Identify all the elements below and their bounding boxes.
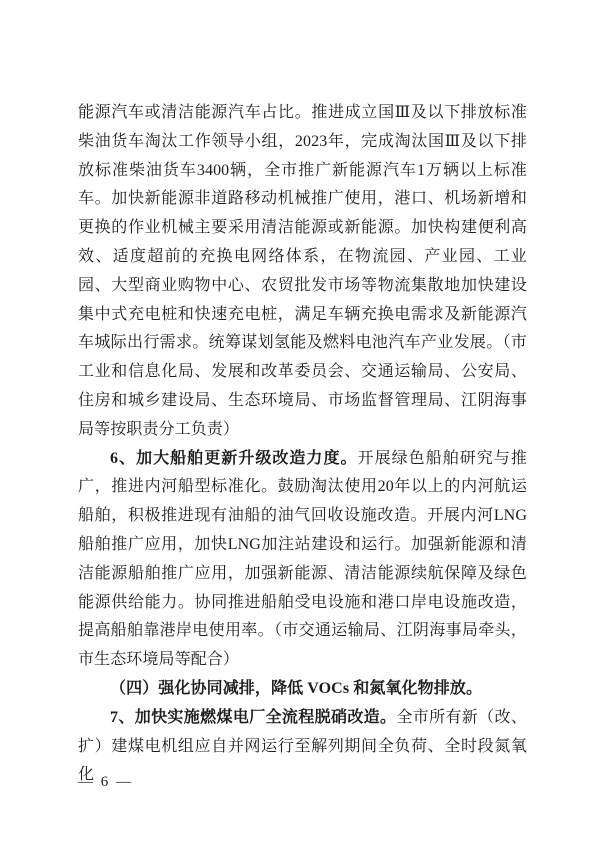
paragraph-item-7-coal-plants: 7、加快实施燃煤电厂全流程脱硝改造。全市所有新（改、扩）建煤电机组应自并网运行至… (78, 704, 527, 790)
page-number: — 6 — (78, 774, 133, 791)
section-heading-text: （四）强化协同减排，降低 VOCs 和氮氧化物排放。 (110, 680, 482, 697)
document-page: 能源汽车或清洁能源汽车占比。推进成立国Ⅲ及以下排放标准柴油货车淘汰工作领导小组，… (0, 0, 600, 848)
paragraph-text: 开展绿色船舶研究与推广，推进内河船型标准化。鼓励淘汰使用20年以上的内河航运船舶… (78, 450, 527, 669)
paragraph-item-6-ships: 6、加大船舶更新升级改造力度。开展绿色船舶研究与推广，推进内河船型标准化。鼓励淘… (78, 445, 527, 675)
paragraph-text: 能源汽车或清洁能源汽车占比。推进成立国Ⅲ及以下排放标准柴油货车淘汰工作领导小组，… (78, 104, 527, 438)
section-heading-4: （四）强化协同减排，降低 VOCs 和氮氧化物排放。 (78, 675, 527, 704)
paragraph-continuation-vehicles: 能源汽车或清洁能源汽车占比。推进成立国Ⅲ及以下排放标准柴油货车淘汰工作领导小组，… (78, 99, 527, 445)
paragraph-lead: 7、加快实施燃煤电厂全流程脱硝改造。 (110, 709, 396, 726)
paragraph-lead: 6、加大船舶更新升级改造力度。 (110, 450, 358, 467)
document-body: 能源汽车或清洁能源汽车占比。推进成立国Ⅲ及以下排放标准柴油货车淘汰工作领导小组，… (78, 99, 527, 790)
